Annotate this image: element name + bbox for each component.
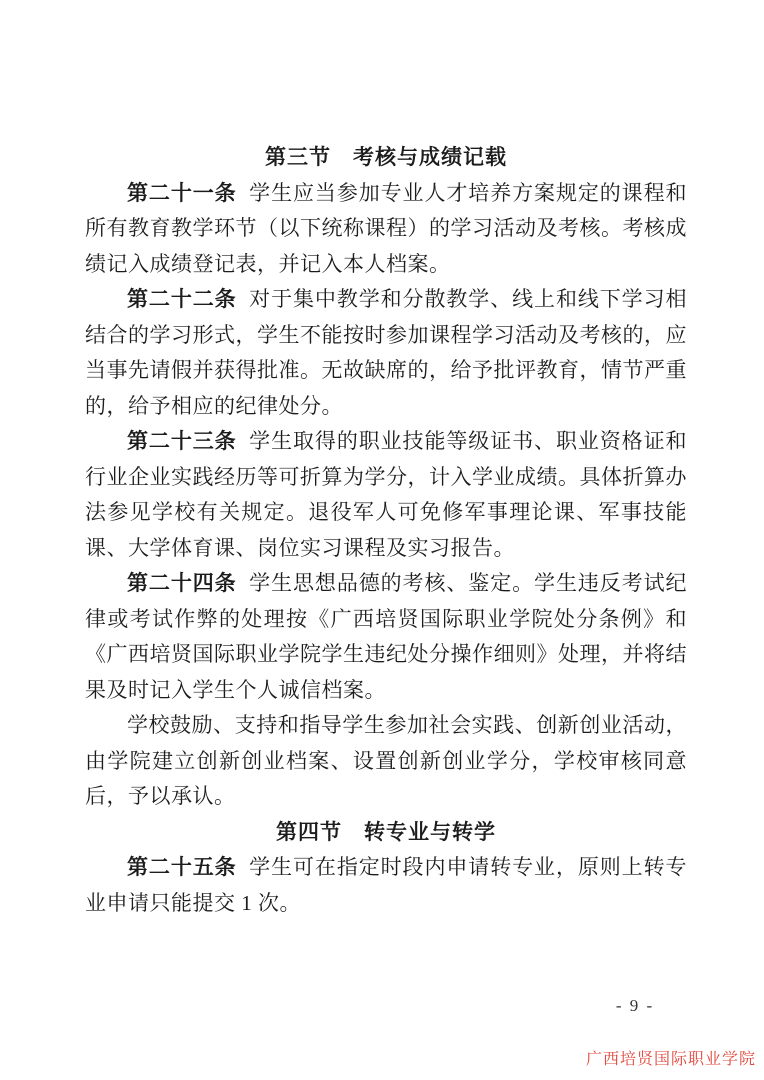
encouragement-paragraph: 学校鼓励、支持和指导学生参加社会实践、创新创业活动，由学院建立创新创业档案、设置…: [85, 708, 687, 815]
section-3-heading: 第三节 考核与成绩记载: [85, 140, 687, 176]
article-25-paragraph: 第二十五条学生可在指定时段内申请转专业，原则上转专业申请只能提交 1 次。: [85, 850, 687, 921]
article-24-paragraph: 第二十四条学生思想品德的考核、鉴定。学生违反考试纪律或考试作弊的处理按《广西培贤…: [85, 566, 687, 708]
article-23-number: 第二十三条: [127, 429, 237, 453]
article-24-number: 第二十四条: [127, 571, 237, 595]
article-21-paragraph: 第二十一条学生应当参加专业人才培养方案规定的课程和所有教育教学环节（以下统称课程…: [85, 176, 687, 283]
article-22-paragraph: 第二十二条对于集中教学和分散教学、线上和线下学习相结合的学习形式，学生不能按时参…: [85, 282, 687, 424]
page-body: 第三节 考核与成绩记载 第二十一条学生应当参加专业人才培养方案规定的课程和所有教…: [85, 140, 687, 921]
school-name-watermark: 广西培贤国际职业学院: [586, 1046, 756, 1069]
article-22-number: 第二十二条: [127, 287, 237, 311]
article-25-number: 第二十五条: [127, 855, 237, 879]
article-21-number: 第二十一条: [127, 181, 237, 205]
article-23-paragraph: 第二十三条学生取得的职业技能等级证书、职业资格证和行业企业实践经历等可折算为学分…: [85, 424, 687, 566]
section-4-heading: 第四节 转专业与转学: [85, 815, 687, 851]
page-number: - 9 -: [595, 996, 675, 1016]
document-page: 第三节 考核与成绩记载 第二十一条学生应当参加专业人才培养方案规定的课程和所有教…: [0, 0, 764, 1080]
